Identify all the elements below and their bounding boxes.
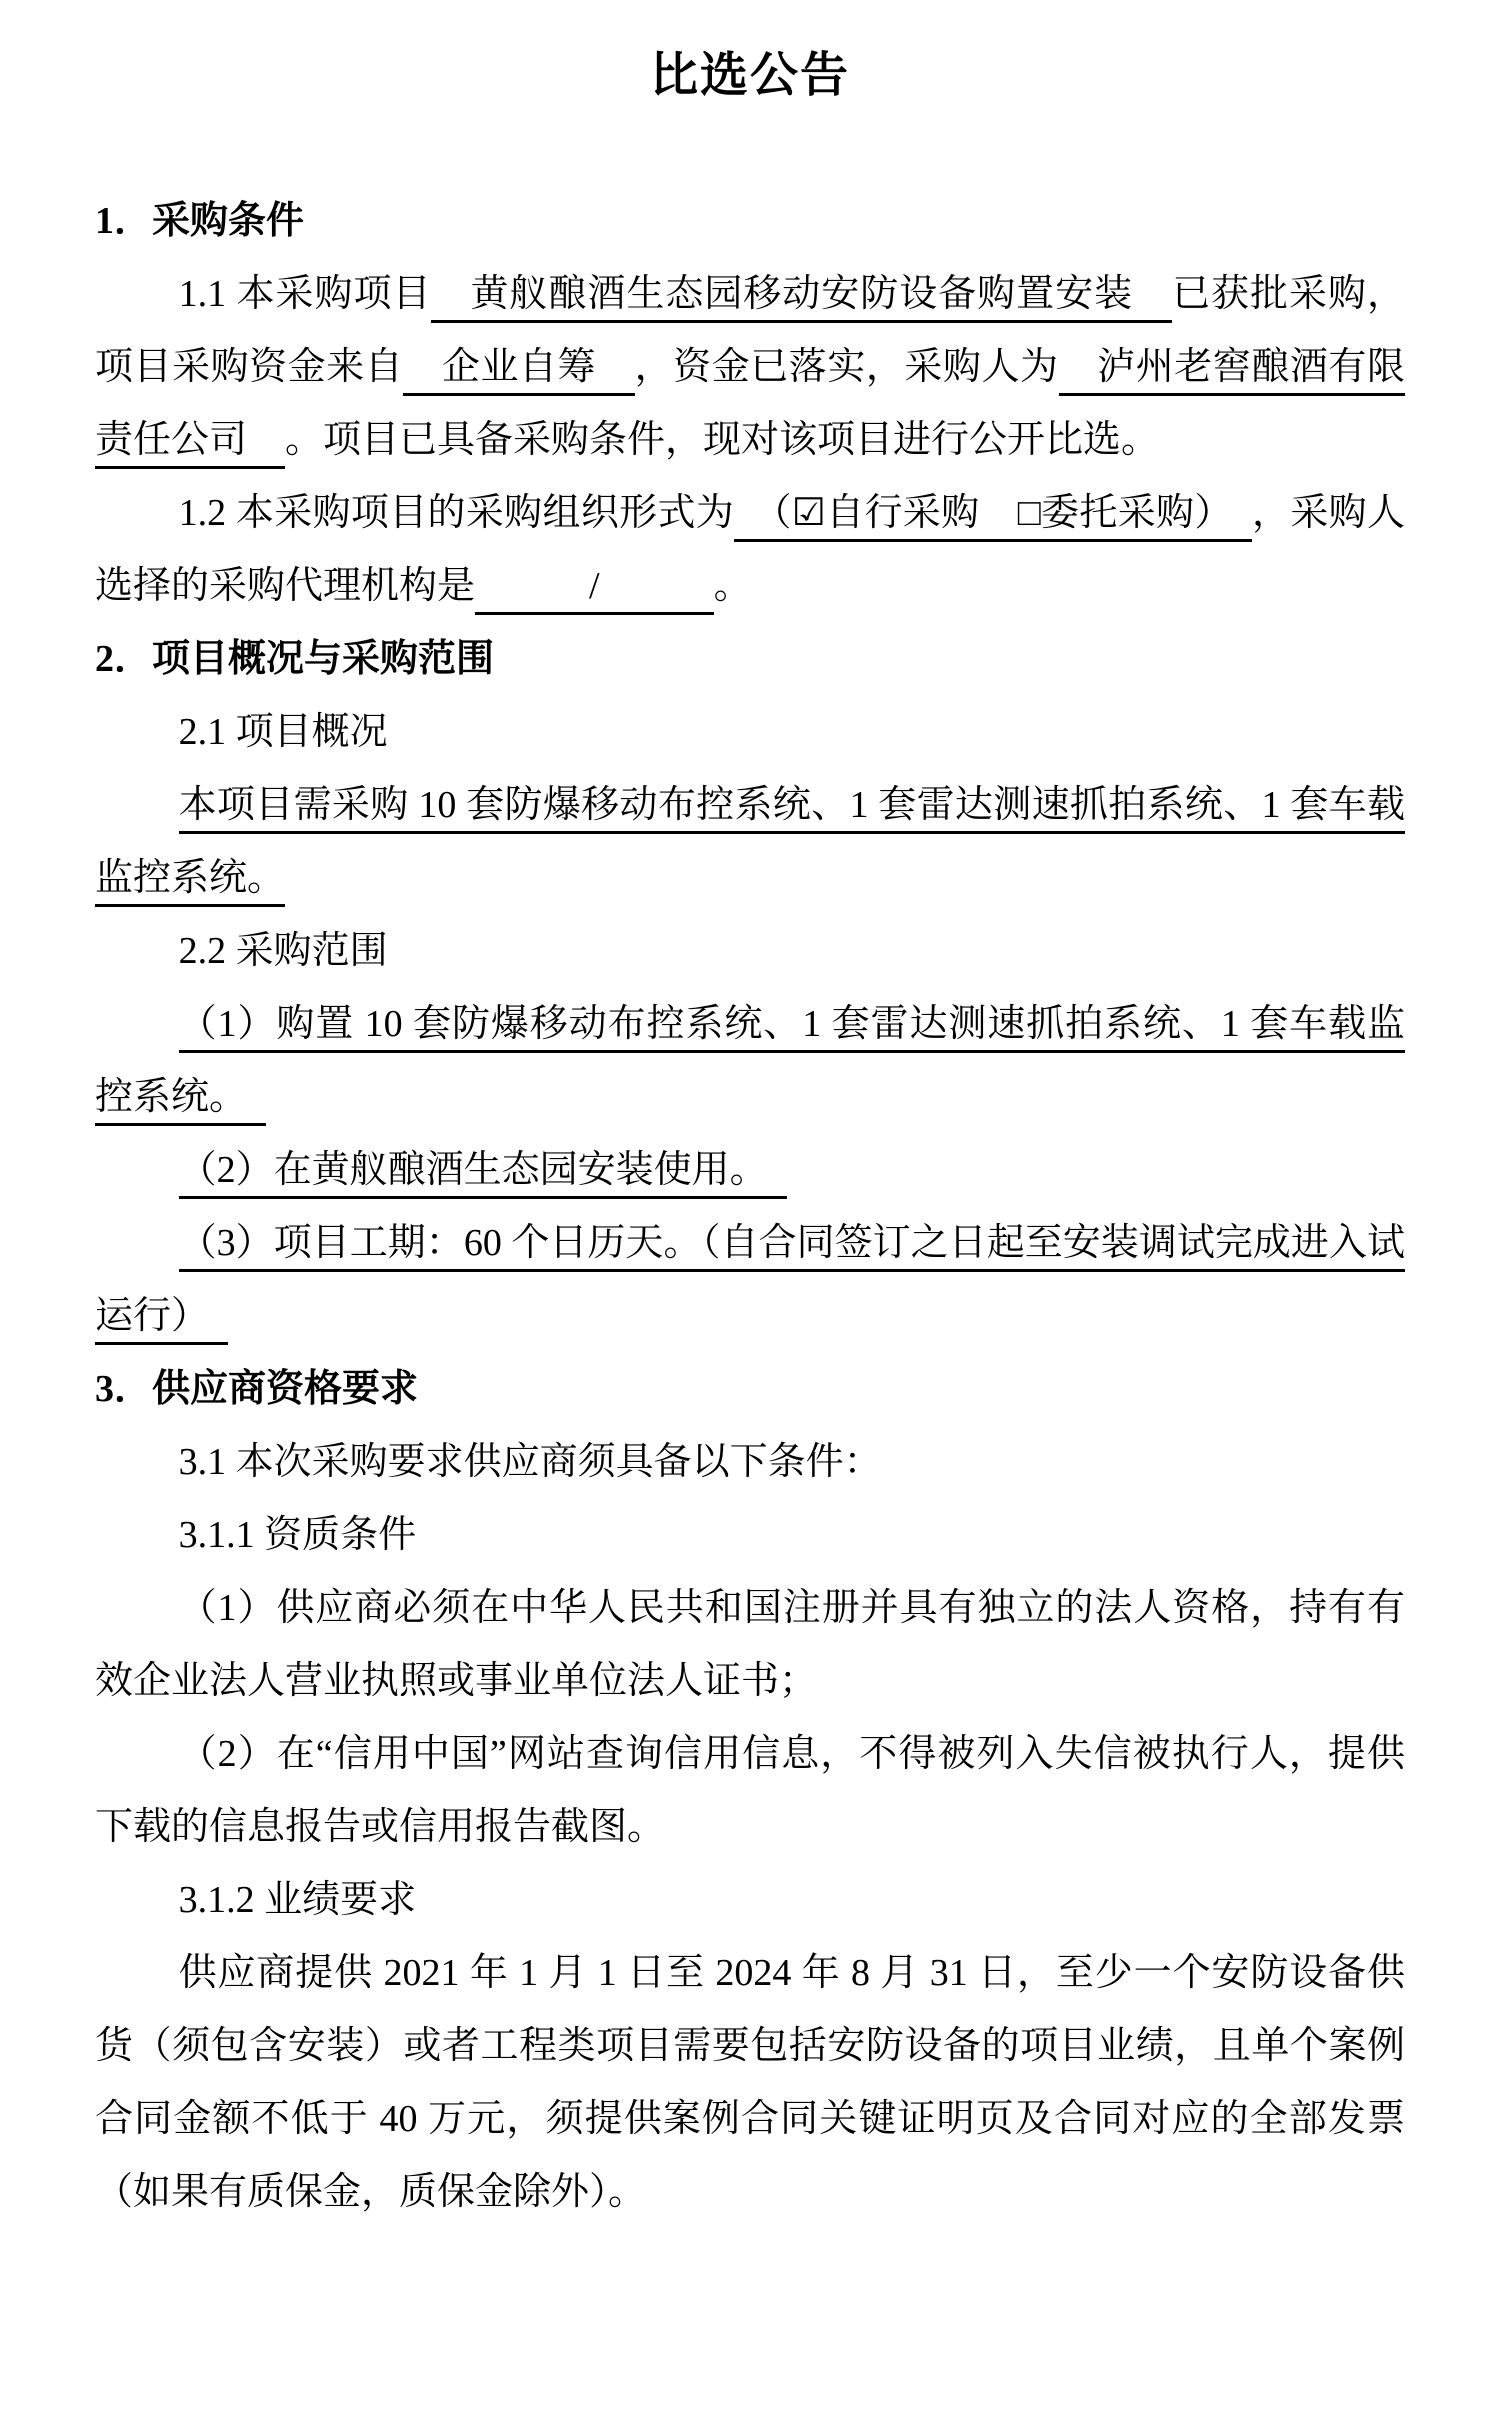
text-segment: （1）供应商必须在中华人民共和国注册并具有独立的法人资格，持有有效企业法人营业执… bbox=[95, 1587, 1405, 1702]
text-segment: 2.2 采购范围 bbox=[179, 930, 388, 972]
section-heading: 3．供应商资格要求 bbox=[95, 1353, 1405, 1426]
text-segment: 1.2 本采购项目的采购组织形式为 bbox=[179, 492, 735, 534]
document-page: 比选公告 1．采购条件1.1 本采购项目 黄舣酿酒生态园移动安防设备购置安装 已… bbox=[0, 0, 1500, 2426]
text-segment: 2.1 项目概况 bbox=[179, 711, 388, 753]
underlined-fill-in: 企业自筹 bbox=[403, 346, 634, 396]
underlined-fill-in: 黄舣酿酒生态园移动安防设备购置安装 bbox=[431, 273, 1172, 323]
document-title: 比选公告 bbox=[95, 30, 1405, 122]
paragraph: 1.2 本采购项目的采购组织形式为 （☑自行采购 □委托采购） ，采购人选择的采… bbox=[95, 477, 1405, 623]
text-segment: 3.1 本次采购要求供应商须具备以下条件： bbox=[179, 1441, 882, 1483]
underlined-fill-in: （☑自行采购 □委托采购） bbox=[734, 492, 1252, 542]
text-segment: 2．项目概况与采购范围 bbox=[95, 638, 494, 680]
paragraph: 2.1 项目概况 bbox=[95, 696, 1405, 769]
underlined-fill-in: 本项目需采购 10 套防爆移动布控系统、1 套雷达测速抓拍系统、1 套车载监控系… bbox=[95, 784, 1405, 907]
paragraph: 供应商提供 2021 年 1 月 1 日至 2024 年 8 月 31 日，至少… bbox=[95, 1937, 1405, 2229]
paragraph: （1）供应商必须在中华人民共和国注册并具有独立的法人资格，持有有效企业法人营业执… bbox=[95, 1572, 1405, 1718]
text-segment: 供应商提供 2021 年 1 月 1 日至 2024 年 8 月 31 日，至少… bbox=[95, 1952, 1405, 2213]
text-segment: 1.1 本采购项目 bbox=[179, 273, 432, 315]
text-segment: 3.1.2 业绩要求 bbox=[179, 1879, 417, 1921]
paragraph: （2）在黄舣酿酒生态园安装使用。 bbox=[95, 1134, 1405, 1207]
underlined-fill-in: （3）项目工期：60 个日历天。（自合同签订之日起至安装调试完成进入试运行） bbox=[95, 1222, 1405, 1345]
paragraph: 3.1 本次采购要求供应商须具备以下条件： bbox=[95, 1426, 1405, 1499]
text-segment: 。 bbox=[714, 565, 752, 607]
paragraph: 2.2 采购范围 bbox=[95, 915, 1405, 988]
underlined-fill-in: / bbox=[475, 565, 714, 615]
text-segment: 3.1.1 资质条件 bbox=[179, 1514, 417, 1556]
text-segment: ，资金已落实，采购人为 bbox=[635, 346, 1059, 388]
text-segment: 。项目已具备采购条件，现对该项目进行公开比选。 bbox=[285, 419, 1159, 461]
text-segment: （2）在“信用中国”网站查询信用信息，不得被列入失信被执行人，提供下载的信息报告… bbox=[95, 1733, 1405, 1848]
text-segment: 3．供应商资格要求 bbox=[95, 1368, 418, 1410]
underlined-fill-in: （2）在黄舣酿酒生态园安装使用。 bbox=[179, 1149, 787, 1199]
paragraph: 1.1 本采购项目 黄舣酿酒生态园移动安防设备购置安装 已获批采购，项目采购资金… bbox=[95, 258, 1405, 477]
paragraph: 3.1.2 业绩要求 bbox=[95, 1864, 1405, 1937]
section-heading: 1．采购条件 bbox=[95, 185, 1405, 258]
paragraph: 3.1.1 资质条件 bbox=[95, 1499, 1405, 1572]
underlined-fill-in: （1）购置 10 套防爆移动布控系统、1 套雷达测速抓拍系统、1 套车载监控系统… bbox=[95, 1003, 1405, 1126]
paragraph: （3）项目工期：60 个日历天。（自合同签订之日起至安装调试完成进入试运行） bbox=[95, 1207, 1405, 1353]
section-heading: 2．项目概况与采购范围 bbox=[95, 623, 1405, 696]
document-body: 1．采购条件1.1 本采购项目 黄舣酿酒生态园移动安防设备购置安装 已获批采购，… bbox=[95, 185, 1405, 2229]
paragraph: （2）在“信用中国”网站查询信用信息，不得被列入失信被执行人，提供下载的信息报告… bbox=[95, 1718, 1405, 1864]
paragraph: （1）购置 10 套防爆移动布控系统、1 套雷达测速抓拍系统、1 套车载监控系统… bbox=[95, 988, 1405, 1134]
text-segment: 1．采购条件 bbox=[95, 200, 304, 242]
paragraph: 本项目需采购 10 套防爆移动布控系统、1 套雷达测速抓拍系统、1 套车载监控系… bbox=[95, 769, 1405, 915]
